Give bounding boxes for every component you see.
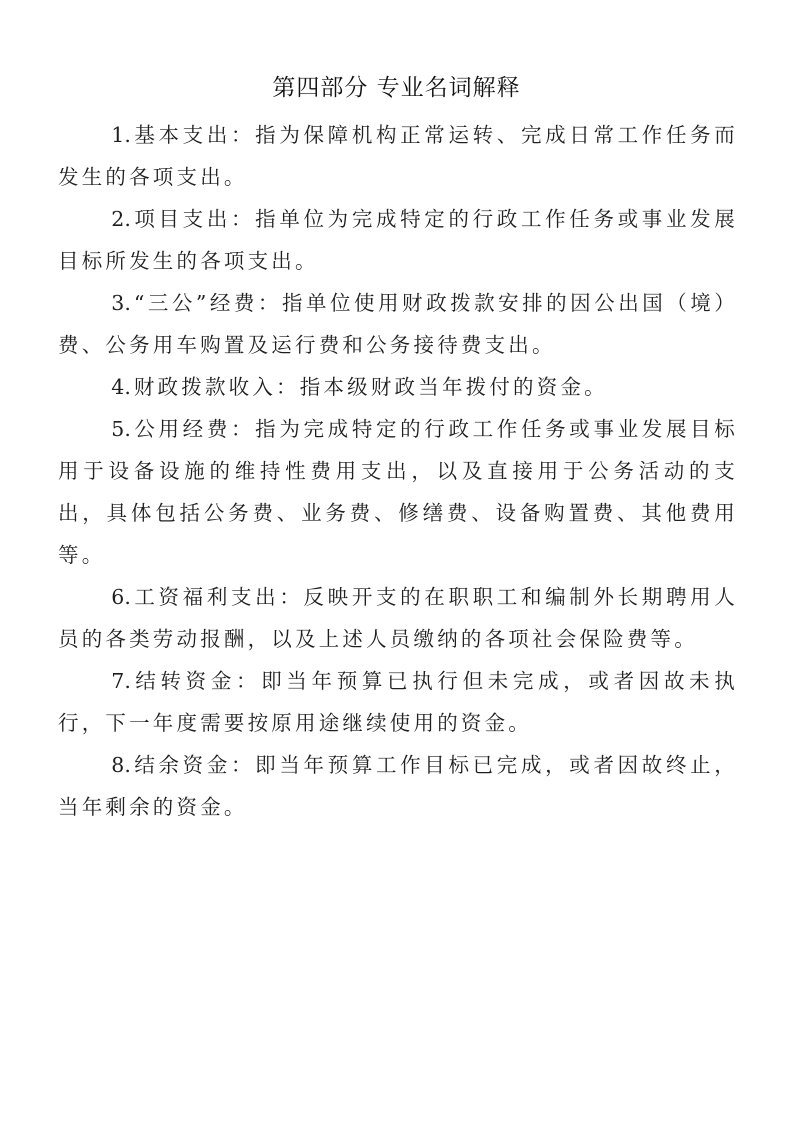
document-page: 第四部分 专业名词解释 1.基本支出：指为保障机构正常运转、完成日常工作任务而发…: [0, 0, 793, 1122]
paragraph-number: 5.: [111, 417, 131, 441]
paragraph-number: 3.: [111, 291, 131, 315]
paragraph-text: 公用经费：指为完成特定的行政工作任务或事业发展目标用于设备设施的维持性费用支出，…: [58, 417, 738, 567]
paragraph-number: 1.: [111, 123, 131, 147]
definition-paragraph-8: 8.结余资金：即当年预算工作目标已完成，或者因故终止，当年剩余的资金。: [58, 744, 738, 828]
definition-paragraph-3: 3.“三公”经费：指单位使用财政拨款安排的因公出国（境）费、公务用车购置及运行费…: [58, 282, 738, 366]
paragraph-text: 结转资金：即当年预算已执行但未完成，或者因故未执行，下一年度需要按原用途继续使用…: [58, 669, 738, 735]
paragraph-text: 财政拨款收入：指本级财政当年拨付的资金。: [134, 375, 608, 399]
definition-paragraph-6: 6.工资福利支出：反映开支的在职职工和编制外长期聘用人员的各类劳动报酬，以及上述…: [58, 576, 738, 660]
definition-paragraph-5: 5.公用经费：指为完成特定的行政工作任务或事业发展目标用于设备设施的维持性费用支…: [58, 408, 738, 576]
paragraph-text: 工资福利支出：反映开支的在职职工和编制外长期聘用人员的各类劳动报酬，以及上述人员…: [58, 585, 738, 651]
paragraph-number: 7.: [111, 669, 131, 693]
page-title: 第四部分 专业名词解释: [0, 70, 793, 106]
paragraph-number: 2.: [111, 207, 131, 231]
definition-paragraph-2: 2.项目支出：指单位为完成特定的行政工作任务或事业发展目标所发生的各项支出。: [58, 198, 738, 282]
paragraph-text: 基本支出：指为保障机构正常运转、完成日常工作任务而发生的各项支出。: [58, 123, 738, 189]
definition-paragraph-4: 4.财政拨款收入：指本级财政当年拨付的资金。: [58, 366, 738, 408]
definition-paragraph-1: 1.基本支出：指为保障机构正常运转、完成日常工作任务而发生的各项支出。: [58, 114, 738, 198]
paragraph-number: 6.: [111, 585, 131, 609]
paragraph-number: 8.: [111, 753, 131, 777]
paragraph-text: 结余资金：即当年预算工作目标已完成，或者因故终止，当年剩余的资金。: [58, 753, 738, 819]
definitions-list: 1.基本支出：指为保障机构正常运转、完成日常工作任务而发生的各项支出。 2.项目…: [58, 114, 738, 828]
paragraph-text: “三公”经费：指单位使用财政拨款安排的因公出国（境）费、公务用车购置及运行费和公…: [58, 291, 738, 357]
paragraph-text: 项目支出：指单位为完成特定的行政工作任务或事业发展目标所发生的各项支出。: [58, 207, 738, 273]
paragraph-number: 4.: [111, 375, 131, 399]
definition-paragraph-7: 7.结转资金：即当年预算已执行但未完成，或者因故未执行，下一年度需要按原用途继续…: [58, 660, 738, 744]
